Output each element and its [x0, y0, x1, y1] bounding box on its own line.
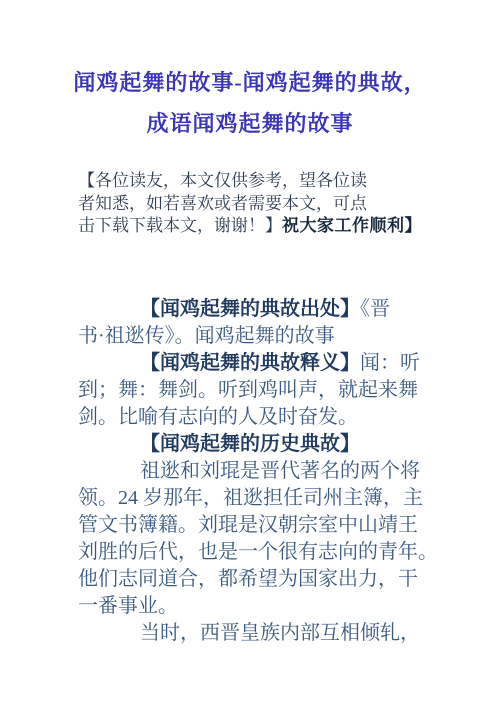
- text-segment: 祖逖和刘琨是晋代著名的两个将: [140, 460, 420, 482]
- section-header: 【闻鸡起舞的典故释义】: [140, 352, 360, 374]
- text-line: 领。24 岁那年，祖逖担任司州主簿，主: [78, 485, 478, 512]
- page-title-line-2: 成语闻鸡起舞的故事: [0, 103, 500, 144]
- text-line: 【各位读友，本文仅供参考，望各位读: [78, 170, 438, 193]
- intro-paragraph: 【各位读友，本文仅供参考，望各位读者知悉，如若喜欢或者需要本文，可点击下载下载本…: [78, 170, 438, 238]
- text-line: 刘胜的后代，也是一个很有志向的青年。: [78, 539, 478, 566]
- text-segment: 刘胜的后代，也是一个很有志向的青年。: [78, 541, 438, 563]
- text-segment: 到；舞：舞剑。听到鸡叫声，就起来舞: [78, 379, 418, 401]
- text-line: 【闻鸡起舞的典故出处】《晋: [78, 296, 478, 323]
- text-line: 【闻鸡起舞的典故释义】闻：听: [78, 350, 478, 377]
- text-line: 当时，西晋皇族内部互相倾轧，: [78, 620, 478, 647]
- text-segment: 管文书簿籍。刘琨是汉朝宗室中山靖王: [78, 514, 418, 536]
- text-line: 【闻鸡起舞的历史典故】: [78, 431, 478, 458]
- text-segment: 书·祖逖传》。闻鸡起舞的故事: [78, 325, 335, 347]
- text-line: 剑。比喻有志向的人及时奋发。: [78, 404, 478, 431]
- text-line: 者知悉，如若喜欢或者需要本文，可点: [78, 193, 438, 216]
- text-segment: 闻：听: [360, 352, 420, 374]
- text-segment: 【各位读友，本文仅供参考，望各位读: [78, 171, 367, 190]
- text-segment: 当时，西晋皇族内部互相倾轧，: [140, 622, 420, 644]
- text-line: 祖逖和刘琨是晋代著名的两个将: [78, 458, 478, 485]
- text-segment: 者知悉，如若喜欢或者需要本文，可点: [78, 194, 367, 213]
- text-line: 书·祖逖传》。闻鸡起舞的故事: [78, 323, 478, 350]
- text-segment: 他们志同道合，都希望为国家出力，干: [78, 568, 418, 590]
- page-title: 闻鸡起舞的故事-闻鸡起舞的典故， 成语闻鸡起舞的故事: [0, 62, 500, 144]
- text-segment: 祝大家工作顺利】: [282, 216, 422, 235]
- text-segment: 领。24 岁那年，祖逖担任司州主簿，主: [78, 487, 423, 509]
- text-segment: 击下载下载本文，谢谢！】: [78, 216, 282, 235]
- text-segment: 《晋: [360, 298, 390, 320]
- page-title-line-1: 闻鸡起舞的故事-闻鸡起舞的典故，: [0, 62, 500, 103]
- text-line: 击下载下载本文，谢谢！】祝大家工作顺利】: [78, 215, 438, 238]
- text-line: 一番事业。: [78, 593, 478, 620]
- section-header: 【闻鸡起舞的历史典故】: [140, 433, 360, 455]
- text-line: 到；舞：舞剑。听到鸡叫声，就起来舞: [78, 377, 478, 404]
- section-header: 【闻鸡起舞的典故出处】: [140, 298, 360, 320]
- text-line: 管文书簿籍。刘琨是汉朝宗室中山靖王: [78, 512, 478, 539]
- document-page: 闻鸡起舞的故事-闻鸡起舞的典故， 成语闻鸡起舞的故事 【各位读友，本文仅供参考，…: [0, 0, 500, 708]
- body-paragraph: 【闻鸡起舞的典故出处】《晋书·祖逖传》。闻鸡起舞的故事【闻鸡起舞的典故释义】闻：…: [78, 296, 478, 647]
- text-segment: 剑。比喻有志向的人及时奋发。: [78, 406, 358, 428]
- text-segment: 一番事业。: [78, 595, 178, 617]
- text-line: 他们志同道合，都希望为国家出力，干: [78, 566, 478, 593]
